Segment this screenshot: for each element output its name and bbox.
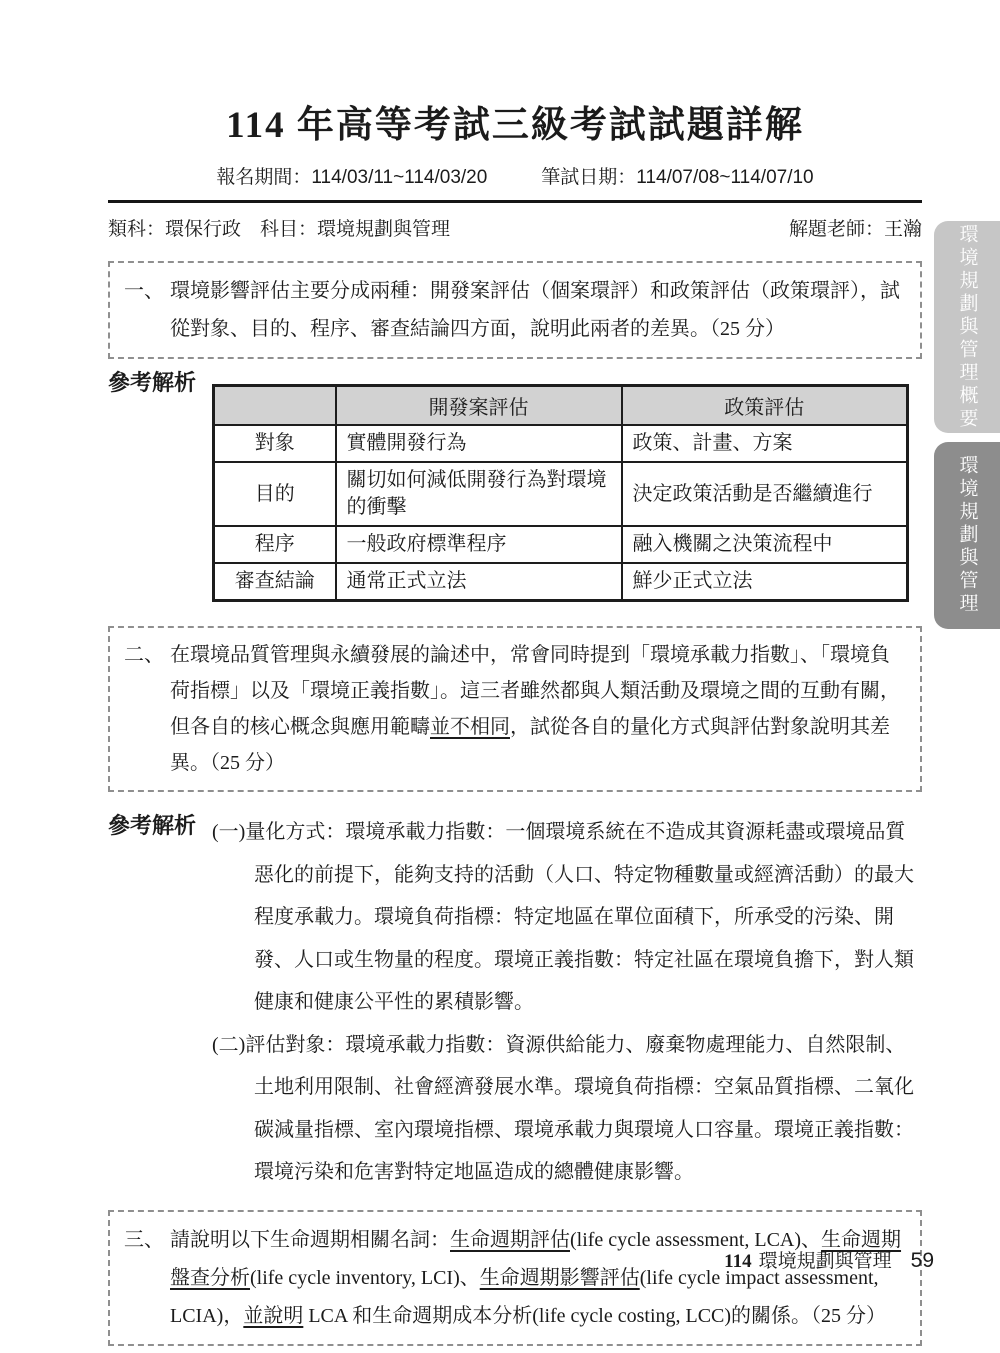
question-2-box: 二、 在環境品質管理與永續發展的論述中，常會同時提到「環境承載力指數」、「環境負… bbox=[108, 626, 922, 792]
table-cell: 實體開發行為 bbox=[336, 425, 622, 462]
question-1-analysis: 參考解析 開發案評估 政策評估 對象 實體開發行為 政策、計畫、方案 目的 關切… bbox=[108, 368, 922, 602]
table-cell: 融入機關之決策流程中 bbox=[622, 526, 908, 563]
table-header-dev: 開發案評估 bbox=[336, 386, 622, 426]
question-2-text: 在環境品質管理與永續發展的論述中，常會同時提到「環境承載力指數」、「環境負荷指標… bbox=[170, 637, 906, 781]
question-1-text: 環境影響評估主要分成兩種：開發案評估（個案環評）和政策評估（政策環評），試從對象… bbox=[170, 272, 906, 348]
table-row: 審查結論 通常正式立法 鮮少正式立法 bbox=[214, 563, 908, 601]
sidebar-tab-overview: 環境規劃與管理概要 bbox=[934, 221, 1000, 433]
table-row: 目的 關切如何減低開發行為對環境的衝擊 決定政策活動是否繼續進行 bbox=[214, 462, 908, 526]
page-content: 114 年高等考試三級考試試題詳解 報名期間：114/03/11~114/03/… bbox=[0, 102, 1000, 1346]
table-cell: 審查結論 bbox=[214, 563, 336, 601]
comparison-table: 開發案評估 政策評估 對象 實體開發行為 政策、計畫、方案 目的 關切如何減低開… bbox=[212, 384, 909, 602]
table-row: 程序 一般政府標準程序 融入機關之決策流程中 bbox=[214, 526, 908, 563]
solution-text-1: 量化方式：環境承載力指數：一個環境系統在不造成其資源耗盡或環境品質惡化的前提下，… bbox=[245, 821, 914, 1013]
table-cell: 程序 bbox=[214, 526, 336, 563]
question-1-number: 一、 bbox=[124, 272, 170, 348]
meta-line: 類科：環保行政 科目：環境規劃與管理 解題老師：王瀚 bbox=[108, 218, 922, 242]
footer-year: 114 bbox=[724, 1251, 751, 1273]
table-row: 對象 實體開發行為 政策、計畫、方案 bbox=[214, 425, 908, 462]
solution-item-2: (二)評估對象：環境承載力指數：資源供給能力、廢棄物處理能力、自然限制、土地利用… bbox=[212, 1024, 922, 1194]
table-cell: 目的 bbox=[214, 462, 336, 526]
table-cell: 鮮少正式立法 bbox=[622, 563, 908, 601]
table-cell: 決定政策活動是否繼續進行 bbox=[622, 462, 908, 526]
solution-text-2: 評估對象：環境承載力指數：資源供給能力、廢棄物處理能力、自然限制、土地利用限制、… bbox=[245, 1034, 914, 1184]
solution-marker-2: (二) bbox=[212, 1034, 245, 1056]
solution-item-1: (一)量化方式：環境承載力指數：一個環境系統在不造成其資源耗盡或環境品質惡化的前… bbox=[212, 811, 922, 1024]
page-footer: 114 環境規劃與管理 59 bbox=[724, 1246, 934, 1273]
question-3-text: 請說明以下生命週期相關名詞：生命週期評估(life cycle assessme… bbox=[170, 1221, 906, 1335]
table-cell: 通常正式立法 bbox=[336, 563, 622, 601]
exam-dates-line: 報名期間：114/03/11~114/03/20 筆試日期：114/07/08~… bbox=[108, 162, 922, 189]
table-cell: 關切如何減低開發行為對環境的衝擊 bbox=[336, 462, 622, 526]
solution-marker-1: (一) bbox=[212, 821, 245, 843]
sidebar-tab-current: 環境規劃與管理 bbox=[934, 442, 1000, 629]
table-cell: 對象 bbox=[214, 425, 336, 462]
table-header-policy: 政策評估 bbox=[622, 386, 908, 426]
question-1-box: 一、 環境影響評估主要分成兩種：開發案評估（個案環評）和政策評估（政策環評），試… bbox=[108, 261, 922, 359]
footer-subject: 環境規劃與管理 bbox=[759, 1246, 892, 1273]
solution-items: (一)量化方式：環境承載力指數：一個環境系統在不造成其資源耗盡或環境品質惡化的前… bbox=[212, 811, 922, 1194]
scanned-exam-page: 環境規劃與管理概要 環境規劃與管理 114 年高等考試三級考試試題詳解 報名期間… bbox=[0, 0, 1000, 1353]
footer-page-number: 59 bbox=[911, 1249, 934, 1273]
page-title: 114 年高等考試三級考試試題詳解 bbox=[108, 102, 922, 150]
header-rule bbox=[108, 200, 922, 203]
table-header-empty-cell bbox=[214, 386, 336, 426]
category-subject-label: 類科：環保行政 科目：環境規劃與管理 bbox=[108, 218, 450, 242]
written-exam-date: 筆試日期：114/07/08~114/07/10 bbox=[541, 162, 813, 189]
question-3-box: 三、 請說明以下生命週期相關名詞：生命週期評估(life cycle asses… bbox=[108, 1210, 922, 1346]
analysis-label-2: 參考解析 bbox=[108, 811, 212, 1194]
table-header-row: 開發案評估 政策評估 bbox=[214, 386, 908, 426]
question-3-number: 三、 bbox=[124, 1221, 170, 1335]
table-cell: 一般政府標準程序 bbox=[336, 526, 622, 563]
question-2-analysis: 參考解析 (一)量化方式：環境承載力指數：一個環境系統在不造成其資源耗盡或環境品… bbox=[108, 811, 922, 1194]
question-2-number: 二、 bbox=[124, 637, 170, 781]
registration-period: 報名期間：114/03/11~114/03/20 bbox=[216, 162, 487, 189]
table-cell: 政策、計畫、方案 bbox=[622, 425, 908, 462]
teacher-label: 解題老師：王瀚 bbox=[789, 218, 922, 242]
analysis-label-1: 參考解析 bbox=[108, 368, 212, 602]
